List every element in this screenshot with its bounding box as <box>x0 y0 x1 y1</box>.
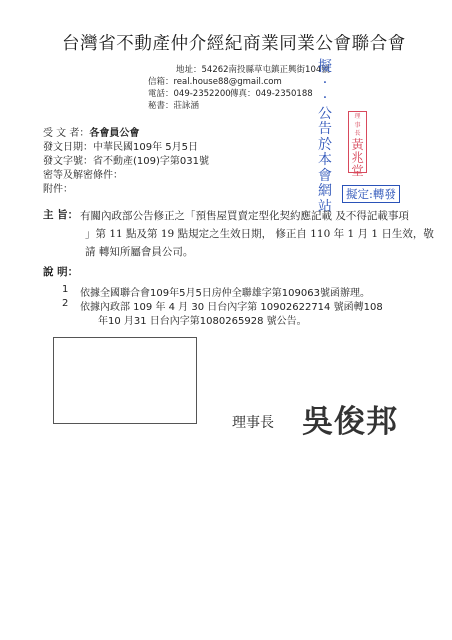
stamp-char: 本 <box>316 153 334 169</box>
explanation-item: 依據內政部 109 年 4 月 30 日台內字第 10902622714 號函轉… <box>80 298 383 313</box>
notice-stamp: 擬 · · 公 告 於 本 會 網 站 <box>316 60 334 215</box>
recipient-row: 受 文 者：各會員公會 <box>43 124 139 139</box>
fax: 傳真：049-2350188 <box>230 87 313 99</box>
stamp-char: 告 <box>316 122 334 138</box>
subject-label: 主 旨： <box>43 207 78 222</box>
attachment-label: 附件： <box>43 180 73 195</box>
decision-stamp: 擬定:轉發 <box>342 185 400 203</box>
phone: 電話：049-2352200 <box>148 87 231 99</box>
stamp-char: 網 <box>316 184 334 200</box>
address: 地址：54262南投縣草屯鎮正興街104號 <box>176 63 330 75</box>
seal-char: 堂 <box>349 164 366 177</box>
explanation-item: 依據全國聯合會109年5月5日房仲全聯雄字第109063號函辦理。 <box>80 284 370 299</box>
seal-char: 事 <box>349 123 366 130</box>
explanation-item-cont: 年10 月31 日台內字第1080265928 號公告。 <box>98 312 307 327</box>
secretary: 秘書：莊詠涵 <box>148 99 199 111</box>
item-number: 2 <box>62 298 68 309</box>
date-row: 發文日期：中華民國109年 5月5日 <box>43 138 198 153</box>
stamp-char: 會 <box>316 169 334 185</box>
org-title: 台灣省不動產仲介經紀商業同業公會聯合會 <box>62 30 406 55</box>
chairman-seal: 理 事 長 黃 兆 堂 <box>348 111 367 173</box>
subject-line: 有關內政部公告修正之「預售屋買賣定型化契約應記載 及不得記載事項 <box>80 208 409 223</box>
item-number: 1 <box>62 284 68 295</box>
stamp-char: · <box>316 91 334 107</box>
explanation-label: 說 明： <box>43 264 78 279</box>
seal-box <box>53 337 197 424</box>
stamp-char: 擬 <box>316 60 334 76</box>
subject-line: 請 轉知所屬會員公司。 <box>85 244 193 259</box>
email: 信箱：real.house88@gmail.com <box>148 75 282 87</box>
number-row: 發文字號：省不動產(109)字第031號 <box>43 152 209 167</box>
signature-title: 理事長 <box>232 412 274 432</box>
secrecy-label: 密等及解密條件： <box>43 166 123 181</box>
seal-char: 理 <box>349 114 366 121</box>
stamp-char: 於 <box>316 138 334 154</box>
seal-char: 黃 <box>349 138 366 151</box>
seal-char: 兆 <box>349 151 366 164</box>
stamp-char: 公 <box>316 107 334 123</box>
signature-name: 吳俊邦 <box>302 396 398 441</box>
stamp-char: · <box>316 76 334 92</box>
subject-line: 」第 11 點及第 19 點規定之生效日期， 修正自 110 年 1 月 1 日… <box>85 226 434 241</box>
